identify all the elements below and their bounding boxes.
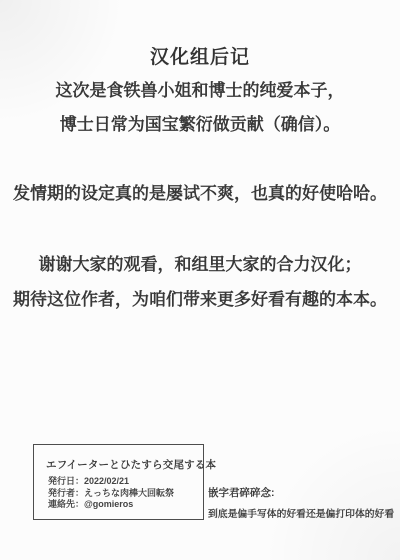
book-title: エフイーターとひたすら交尾する本 — [46, 457, 216, 472]
publish-date: 発行日：2022/02/21 — [48, 476, 174, 488]
afterword-line-2: 博士日常为国宝繁衍做贡献（确信）。 — [0, 110, 400, 135]
contact-handle: 連絡先：@gomieros — [48, 499, 174, 511]
afterword-line-5: 期待这位作者，为咱们带来更多好看有趣的本本。 — [0, 285, 400, 310]
page-title: 汉化组后记 — [0, 42, 400, 69]
typesetter-note-body: 到底是偏手写体的好看还是偏打印体的好看 — [208, 506, 394, 520]
colophon-box: エフイーターとひたすら交尾する本 発行日：2022/02/21 発行者：えっちな… — [33, 444, 204, 520]
publisher: 発行者：えっちな肉棒大回転祭 — [48, 488, 174, 500]
afterword-line-3: 发情期的设定真的是屡试不爽，也真的好使哈哈。 — [0, 179, 400, 204]
colophon-info: 発行日：2022/02/21 発行者：えっちな肉棒大回転祭 連絡先：@gomie… — [48, 476, 174, 511]
afterword-line-1: 这次是食铁兽小姐和博士的纯爱本子， — [0, 76, 400, 101]
afterword-line-4: 谢谢大家的观看，和组里大家的合力汉化； — [0, 250, 400, 275]
afterword-page: 汉化组后记 这次是食铁兽小姐和博士的纯爱本子， 博士日常为国宝繁衍做贡献（确信）… — [0, 0, 400, 560]
typesetter-note-heading: 嵌字君碎碎念: — [208, 485, 275, 500]
